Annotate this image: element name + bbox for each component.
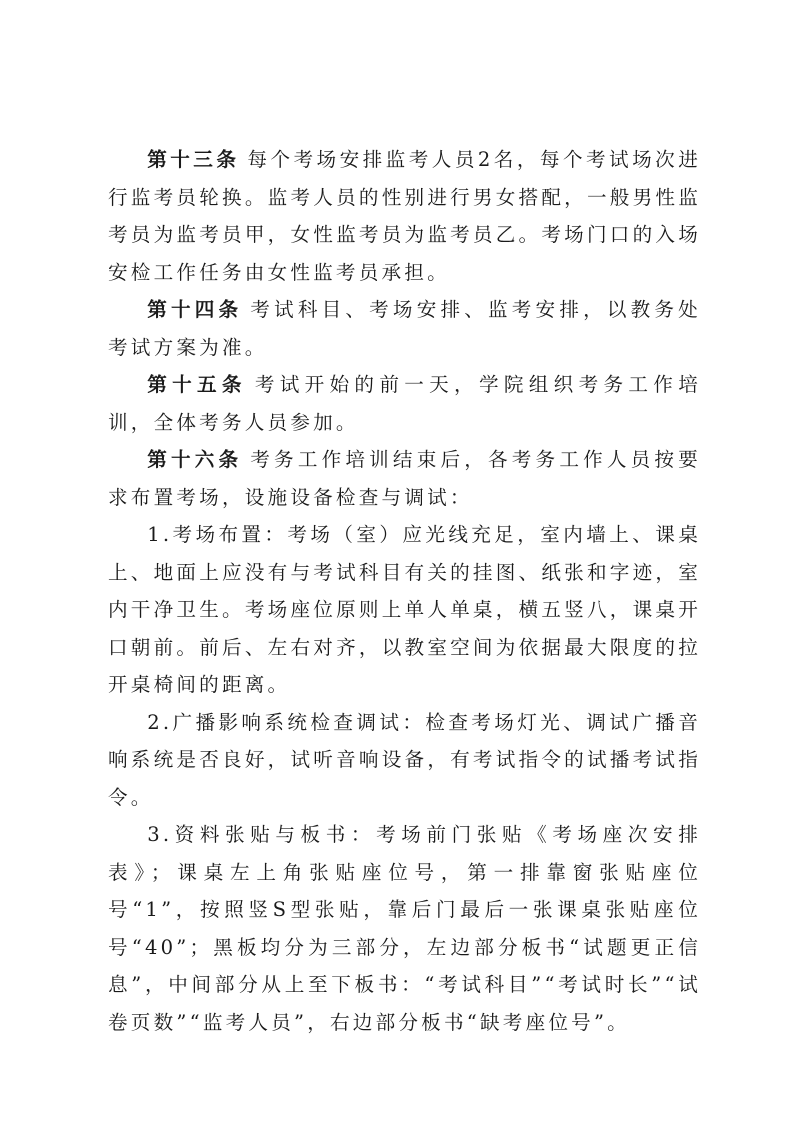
article-13-paragraph: 第十三条每个考场安排监考人员2名，每个考试场次进行监考员轮换。监考人员的性别进行…: [108, 141, 701, 291]
item-body: 3.资料张贴与板书：考场前门张贴《考场座次安排表》；课桌左上角张贴座位号，第一排…: [108, 823, 701, 1034]
article-heading: 第十四条: [147, 298, 242, 321]
article-heading: 第十六条: [147, 448, 242, 471]
item-3-paragraph: 3.资料张贴与板书：考场前门张贴《考场座次安排表》；课桌左上角张贴座位号，第一排…: [108, 816, 701, 1041]
article-heading: 第十三条: [147, 148, 239, 171]
item-1-paragraph: 1.考场布置：考场（室）应光线充足，室内墙上、课桌上、地面上应没有与考试科目有关…: [108, 516, 701, 704]
document-page: 第十三条每个考场安排监考人员2名，每个考试场次进行监考员轮换。监考人员的性别进行…: [108, 141, 701, 1041]
article-16-paragraph: 第十六条考务工作培训结束后，各考务工作人员按要求布置考场，设施设备检查与调试：: [108, 441, 701, 516]
item-body: 2.广播影响系统检查调试：检查考场灯光、调试广播音响系统是否良好，试听音响设备，…: [108, 711, 701, 809]
article-14-paragraph: 第十四条考试科目、考场安排、监考安排，以教务处考试方案为准。: [108, 291, 701, 366]
item-2-paragraph: 2.广播影响系统检查调试：检查考场灯光、调试广播音响系统是否良好，试听音响设备，…: [108, 704, 701, 817]
item-body: 1.考场布置：考场（室）应光线充足，室内墙上、课桌上、地面上应没有与考试科目有关…: [108, 523, 701, 696]
article-heading: 第十五条: [147, 373, 247, 396]
article-15-paragraph: 第十五条考试开始的前一天，学院组织考务工作培训，全体考务人员参加。: [108, 366, 701, 441]
